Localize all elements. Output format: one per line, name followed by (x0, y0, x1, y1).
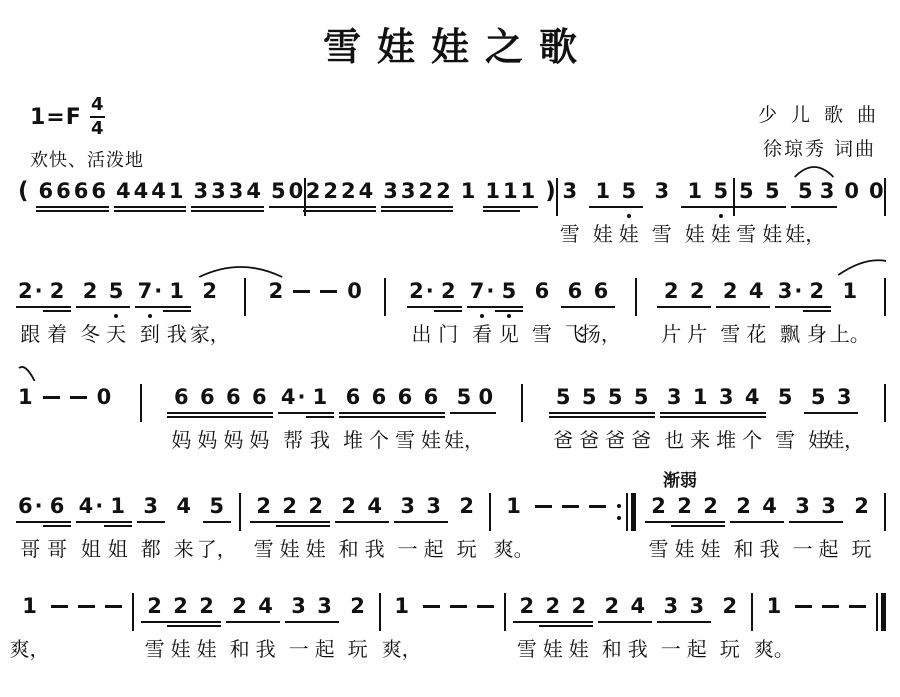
beam-group: 0 (869, 178, 884, 219)
note-digit: 3 (795, 493, 810, 519)
beam-icon (365, 412, 393, 414)
dash-icon (78, 605, 95, 608)
lyric: 来 (174, 537, 194, 561)
note-digit: 2 (199, 593, 214, 619)
lyric: 跟 (20, 322, 40, 346)
beam-group (795, 593, 812, 634)
beam-lines (49, 619, 71, 628)
note-glyph: 4 (176, 493, 191, 519)
note: 2片 (686, 278, 709, 319)
note-glyph: 2 (545, 593, 560, 619)
beam-lines (193, 410, 221, 419)
note-glyph: 3 (211, 178, 226, 204)
lyric: 一 (289, 637, 309, 661)
note-digit: 0 (478, 384, 493, 410)
note-glyph: 0 (347, 278, 362, 304)
note-digit: 1 (461, 178, 476, 204)
note-glyph: 4 (749, 278, 764, 304)
beam-icon (565, 625, 593, 627)
note-digit: 2 (545, 593, 560, 619)
lyric: 着 (47, 322, 67, 346)
note-glyph: 5 (457, 384, 472, 410)
note-glyph: 1 (595, 178, 610, 204)
lyric: 见 (499, 322, 519, 346)
note: 2和 (600, 593, 623, 634)
measure: 1爽。 (502, 493, 606, 534)
dash-note (822, 593, 839, 634)
note-glyph: 2 (854, 493, 869, 519)
note-glyph: 6 (56, 178, 71, 204)
note: 5 (271, 178, 286, 219)
note: 2雪 (719, 278, 742, 319)
beam-icon (89, 206, 109, 208)
beam-icon (166, 206, 186, 208)
beam-group: 6666 (39, 178, 107, 219)
beam-group: 4·姐1姐 (79, 493, 130, 534)
note-glyph: 4 (359, 178, 374, 204)
final-barline (876, 593, 886, 631)
note-glyph: 2 (306, 178, 321, 204)
time-denominator: 4 (91, 120, 104, 138)
beam-lines (67, 410, 89, 419)
lyric: 雪 (560, 222, 580, 246)
note-digit: 5 (634, 384, 649, 410)
note-glyph (70, 384, 87, 410)
repeat-barline (617, 493, 636, 531)
note-glyph: 3 (426, 493, 441, 519)
beam-icon (302, 521, 330, 523)
beam-lines (820, 619, 842, 628)
note-digit: 4 (762, 493, 777, 519)
note-glyph: 1 (169, 178, 184, 204)
measure: 20 (269, 278, 362, 319)
note: 2 (436, 178, 451, 219)
note: 4我 (254, 593, 277, 634)
beam-lines (804, 410, 832, 419)
lyric: 了， (197, 537, 237, 561)
beam-icon (434, 310, 462, 312)
octave-dot-slot (114, 313, 118, 319)
beam-icon (712, 416, 740, 418)
beam-lines (167, 410, 195, 419)
note-digit: 2 (269, 278, 284, 304)
note: 2·出 (409, 278, 434, 319)
lyric: 我 (365, 537, 385, 561)
key-label: 1=F (30, 105, 82, 130)
beam-lines (318, 304, 340, 313)
beam-icon (306, 416, 334, 418)
note-glyph: 2 (441, 278, 456, 304)
note: 6妈 (248, 384, 271, 425)
dash-icon (822, 605, 839, 608)
lyric: 爸 (631, 428, 651, 452)
lyric: 来 (690, 428, 710, 452)
beam-icon (495, 310, 523, 312)
note-glyph: 2 (50, 278, 65, 304)
note-glyph: 2· (18, 278, 43, 304)
barline (384, 278, 386, 316)
note-glyph: 2 (173, 593, 188, 619)
note-digit: 3 (401, 178, 416, 204)
note: 5天 (105, 278, 128, 319)
beam-group: 2 (269, 278, 284, 319)
augmentation-dot-icon: · (35, 278, 43, 304)
beam-lines (104, 519, 132, 528)
beam-group: 6飞6扬， (563, 278, 612, 319)
note-digit: 5 (109, 278, 124, 304)
beam-lines (738, 410, 766, 419)
beam-group: 2玩 (346, 593, 369, 634)
beam-lines (556, 204, 584, 213)
parenthesis: ( (18, 178, 29, 219)
beam-icon (76, 306, 104, 308)
beam-lines (615, 204, 643, 213)
note-glyph: 3 (663, 593, 678, 619)
beam-lines (335, 519, 363, 528)
lyric: 娃， (444, 428, 484, 452)
note-glyph: 1 (693, 384, 708, 410)
beam-icon (697, 521, 725, 523)
lyric: 家， (190, 322, 230, 346)
beam-lines (660, 410, 688, 419)
note: 2身 (805, 278, 828, 319)
note-digit: 2 (459, 493, 474, 519)
rest-note: 0 (289, 178, 304, 219)
beam-lines (16, 204, 32, 213)
note-glyph: 1 (843, 278, 858, 304)
note-glyph: 6 (568, 278, 583, 304)
note: 4·帮 (281, 384, 306, 425)
note-glyph: 2 (202, 278, 217, 304)
note-digit: 2 (571, 593, 586, 619)
lyric: 起 (315, 637, 335, 661)
note-glyph: 2 (147, 593, 162, 619)
low-octave-dot-icon (480, 314, 484, 318)
note: 1爽， (390, 593, 413, 634)
beam-lines (716, 304, 744, 313)
lyric: 哥 (47, 537, 67, 561)
beam-icon (804, 412, 832, 414)
note-digit: 3 (194, 178, 209, 204)
lyric: 娃 (685, 222, 705, 246)
note-glyph: 3 (689, 593, 704, 619)
note: 2 (323, 178, 338, 219)
beam-lines (683, 619, 711, 628)
barline (132, 593, 134, 631)
beam-icon (565, 621, 593, 623)
beam-icon (167, 625, 195, 627)
note: 2雪 (252, 493, 275, 534)
music-line-3: 106妈6妈6妈6妈4·帮1我6堆6个6雪6娃5娃，05爸5爸5爸5爸3也1来3… (18, 360, 886, 460)
beam-icon (683, 621, 711, 623)
beam-icon (561, 306, 589, 308)
note: 3起 (817, 493, 840, 534)
lyric: 一 (793, 537, 813, 561)
measure: 2·出2门7·看5见6雪6飞6扬， (409, 278, 612, 319)
beam-group (477, 593, 494, 634)
beam-icon (43, 306, 71, 308)
beam-lines (771, 410, 799, 419)
note: 5爸 (604, 384, 627, 425)
beam-lines (391, 410, 419, 419)
beam-group (293, 278, 310, 319)
beam-icon (738, 412, 766, 414)
lyric: 起 (819, 537, 839, 561)
beam-group: 3一3起 (396, 493, 445, 534)
note: 6个 (367, 384, 390, 425)
note: 2娃 (673, 493, 696, 534)
note-glyph (51, 593, 68, 619)
note-digit: 1 (18, 384, 33, 410)
note-digit: 2 (436, 178, 451, 204)
beam-icon (311, 621, 339, 623)
barline (626, 493, 628, 531)
lyric: 堆 (716, 428, 736, 452)
note: 4我 (758, 493, 781, 534)
note-glyph: 2 (199, 593, 214, 619)
note-digit: 6 (56, 178, 71, 204)
note-digit: 5 (713, 178, 728, 204)
note-digit: 4 (134, 178, 149, 204)
beam-icon (539, 625, 567, 627)
note-glyph: 1 (485, 178, 500, 204)
note-glyph: 0 (844, 178, 859, 204)
dash-note (849, 593, 866, 634)
beam-group: 1爽， (390, 593, 413, 634)
note: 2门 (437, 278, 460, 319)
beam-icon (707, 206, 735, 208)
note: 2着 (46, 278, 69, 319)
beam-group (51, 593, 68, 634)
note-glyph: 2 (341, 493, 356, 519)
note-glyph: 5 (739, 178, 754, 204)
beam-icon (226, 621, 254, 623)
beam-group (822, 593, 839, 634)
note-glyph: 6· (18, 493, 43, 519)
note-digit: 3 (426, 493, 441, 519)
beam-group: 3一3起 (791, 493, 840, 534)
note: 5爸 (552, 384, 575, 425)
lyric: 娃 (701, 537, 721, 561)
note-glyph: 5 (765, 178, 780, 204)
note-glyph: 3 (317, 593, 332, 619)
note-glyph: 4 (116, 178, 131, 204)
beam-lines (867, 204, 887, 213)
lyric: 和 (602, 637, 622, 661)
note-digit: 0 (289, 178, 304, 204)
note-digit: 1 (503, 178, 518, 204)
note: 1娃 (591, 178, 614, 219)
beam-icon (339, 416, 367, 418)
lyric: 起 (687, 637, 707, 661)
note-glyph: 1 (687, 178, 702, 204)
lyric: 和 (734, 537, 754, 561)
beam-lines (420, 519, 448, 528)
note-glyph: 2 (419, 178, 434, 204)
beam-icon (817, 206, 837, 208)
beam-lines (16, 304, 46, 313)
note-digit: 2 (232, 593, 247, 619)
beam-lines (306, 410, 334, 419)
beam-lines (716, 619, 744, 628)
dash-note (562, 493, 579, 534)
note: 2家， (198, 278, 221, 319)
beam-group: 2玩 (718, 593, 741, 634)
dash-note (43, 384, 60, 425)
beam-lines (166, 204, 186, 213)
note: 6堆 (341, 384, 364, 425)
note-glyph: 2 (571, 593, 586, 619)
beam-icon (549, 412, 577, 414)
note-digit: 5 (811, 384, 826, 410)
lyric: 娃 (171, 637, 191, 661)
beam-lines (645, 519, 673, 528)
note-glyph: 2 (350, 593, 365, 619)
beam-lines (803, 304, 831, 313)
note: 5娃 (761, 178, 784, 219)
dash-note (78, 593, 95, 634)
dash-note (423, 593, 440, 634)
beam-icon (391, 416, 419, 418)
beam-icon (575, 416, 603, 418)
measure: 5雪5娃5娃，300 (735, 178, 884, 219)
augmentation-dot-icon: · (486, 278, 494, 304)
beam-icon (683, 306, 711, 308)
beam-icon (167, 416, 195, 418)
beam-icon (420, 521, 448, 523)
note-glyph: 1 (22, 593, 37, 619)
note-digit: 7 (470, 278, 485, 304)
note-glyph: 2 (323, 178, 338, 204)
beam-group: 3雪 (650, 178, 673, 219)
note: 3起 (685, 593, 708, 634)
note-digit: 5 (739, 178, 754, 204)
beam-lines (450, 410, 478, 419)
note-glyph: 5 (109, 278, 124, 304)
credit-genre: 少儿歌曲 (758, 100, 890, 127)
note-glyph (822, 593, 839, 619)
low-octave-dot-icon (507, 314, 511, 318)
beam-icon (203, 521, 231, 523)
dash-icon (589, 505, 606, 508)
beam-lines (339, 410, 367, 419)
note-glyph: 0 (97, 384, 112, 410)
note-glyph: 5 (634, 384, 649, 410)
augmentation-dot-icon: · (297, 384, 305, 410)
music-line-4: 6·哥6哥4·姐1姐3都4来5了，2雪2娃2娃2和4我3一3起2玩1爽。渐弱2雪… (18, 469, 886, 569)
note-digit: 1 (521, 178, 536, 204)
note-digit: 4 (749, 278, 764, 304)
note-digit: 2 (703, 493, 718, 519)
lyric: 妈 (171, 428, 191, 452)
beam-icon (335, 521, 363, 523)
beam-group: 3322 (383, 178, 451, 219)
note: 6飞 (563, 278, 586, 319)
beam-icon (712, 412, 740, 414)
beam-icon (102, 306, 130, 308)
note-digit: 0 (97, 384, 112, 410)
measure: 1爽， (390, 593, 494, 634)
note-digit: 2 (202, 278, 217, 304)
note-glyph (450, 593, 467, 619)
note-digit: 2 (306, 178, 321, 204)
note: 2玩 (718, 593, 741, 634)
note-glyph: 1 (394, 593, 409, 619)
beam-icon (407, 306, 437, 308)
beam-icon (76, 521, 106, 523)
beam-lines (356, 204, 376, 213)
note-digit: 3 (229, 178, 244, 204)
notes-row: 2·跟2着2冬5天7·到1我2家，202·出2门7·看5见6雪6飞6扬，2片2片… (18, 278, 886, 319)
dash-icon (795, 605, 812, 608)
lyric: 我 (310, 428, 330, 452)
repeat-dots-icon (617, 504, 621, 520)
note-glyph: 3 (795, 493, 810, 519)
note-digit: 4 (246, 178, 261, 204)
beam-lines (141, 619, 169, 628)
note-digit: 1 (169, 178, 184, 204)
note-digit: 2 (677, 493, 692, 519)
beam-group: 6·哥6哥 (18, 493, 69, 534)
note-digit: 7 (138, 278, 153, 304)
beam-lines (458, 204, 478, 213)
beam-icon (660, 412, 688, 414)
note-digit: ) (545, 178, 556, 204)
note-digit: 3 (562, 178, 577, 204)
beam-lines (671, 519, 699, 528)
note-digit: 5 (271, 178, 286, 204)
note: 2片 (660, 278, 683, 319)
note: 3雪 (558, 178, 581, 219)
note-digit: 4 (630, 593, 645, 619)
barline (884, 278, 886, 316)
dash-icon (43, 396, 60, 399)
note-glyph (589, 493, 606, 519)
note-digit: 3 (654, 178, 669, 204)
note: 5见 (497, 278, 520, 319)
lyric: 门 (438, 322, 458, 346)
note-glyph: 3 (821, 493, 836, 519)
beam-group: 2冬5天 (79, 278, 128, 319)
lyric: 娃 (619, 222, 639, 246)
lyric: 都 (141, 537, 161, 561)
note-digit: 2 (50, 278, 65, 304)
beam-icon (803, 306, 831, 308)
note-digit: 5 (502, 278, 517, 304)
beam-lines (203, 519, 231, 528)
note-glyph (78, 593, 95, 619)
measure: 1爽， (18, 593, 122, 634)
beam-icon (686, 416, 714, 418)
note: 4 (246, 178, 261, 219)
dash-icon (293, 290, 310, 293)
note-digit: 3 (317, 593, 332, 619)
measure: 3雪1娃5娃3雪1娃5娃 (558, 178, 732, 219)
beam-group: 3都 (139, 493, 162, 534)
note-digit: 1 (506, 493, 521, 519)
note: 4我 (363, 493, 386, 534)
beam-lines (697, 519, 725, 528)
lyric: 起 (424, 537, 444, 561)
note: 6妈 (222, 384, 245, 425)
note: 2娃 (304, 493, 327, 534)
note-glyph: 4 (134, 178, 149, 204)
beam-lines (657, 304, 685, 313)
note-glyph: 6 (226, 384, 241, 410)
beam-icon (394, 521, 422, 523)
beam-lines (76, 304, 104, 313)
beam-lines (683, 304, 711, 313)
